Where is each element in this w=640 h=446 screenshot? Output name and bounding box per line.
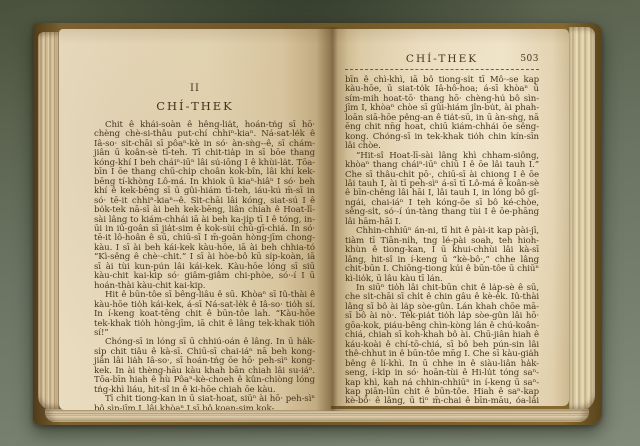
right-page-paragraph: “Hit-sî Hoat-lī-sài lâng khì chham-siông… [345,152,539,228]
left-page-paragraph: Hit ê būn-tôe sī bêng-liâu ê sū. Khòaⁿ s… [94,291,315,338]
chapter-title: CHÍ-THEK [59,99,331,113]
right-page-paragraph: Chhin-chhiūⁿ án-ni, tī hit ê pài-it kap … [345,227,539,284]
left-page-paragraph: Tī chit tiong-kan in ū siat-hoat, siūⁿ à… [94,395,315,410]
right-page-text-block: bīn ê chì-khì, iā bô tiong-si̍t tī Mô·-s… [345,76,539,406]
left-page-paragraph: Chit ê khái-soàn ê hêng-lia̍t, hoán-tńg … [94,121,315,291]
chapter-number: II [59,83,331,94]
left-page-text-block: Chit ê khái-soàn ê hêng-lia̍t, hoán-tńg … [94,121,315,410]
page-edges-bottom [45,409,589,422]
right-page-paragraph: In siūⁿ tio̍h lâi chit-būn chit ê la̍p-s… [345,284,539,406]
right-page-paragraph: bīn ê chì-khì, iā bô tiong-si̍t tī Mô·-s… [345,76,539,152]
right-page: CHÍ-THEK 503 bīn ê chì-khì, iā bô tiong-… [331,29,569,406]
page-number: 503 [520,54,539,64]
page-edges-right [569,27,595,411]
running-header: CHÍ-THEK 503 [345,53,539,65]
running-header-title: CHÍ-THEK [406,53,478,65]
left-page: II CHÍ-THEK Chit ê khái-soàn ê hêng-lia̍… [59,29,331,410]
photo-background: II CHÍ-THEK Chit ê khái-soàn ê hêng-lia̍… [0,0,640,446]
header-rule [345,68,539,70]
left-page-paragraph: Chóng-sī in lóng sī ū chhiú-oán ê lâng. … [94,338,315,395]
book: II CHÍ-THEK Chit ê khái-soàn ê hêng-lia̍… [33,23,602,425]
page-edges-left [38,32,59,410]
